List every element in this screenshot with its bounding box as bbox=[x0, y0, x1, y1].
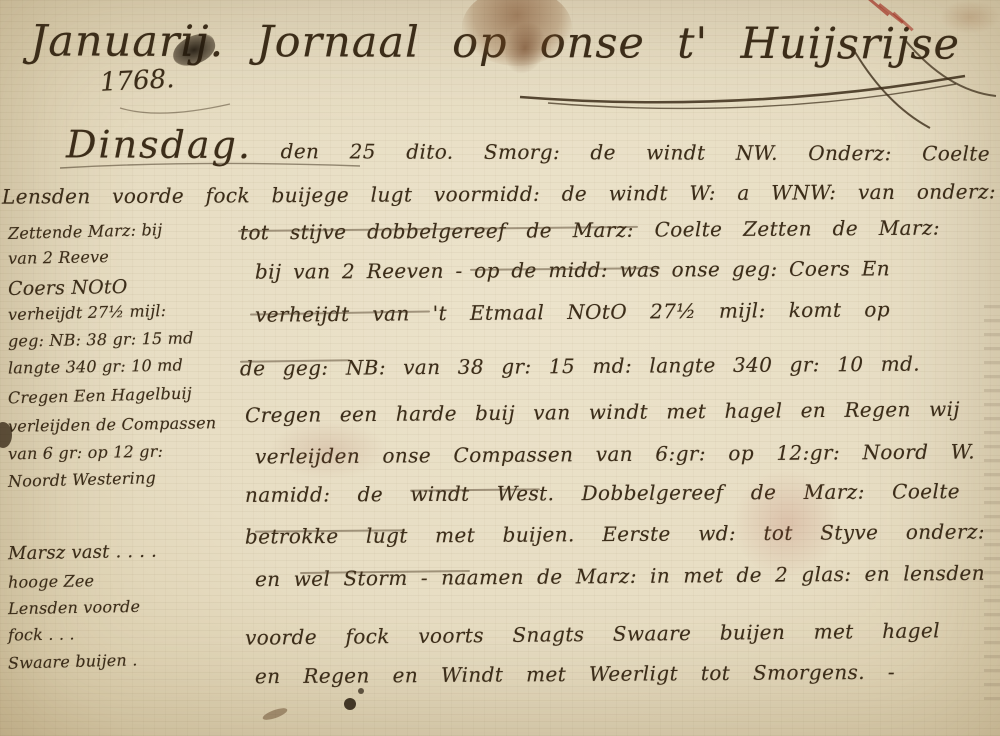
journal-line: Lensden voorde fock buijege lugt voormid… bbox=[2, 179, 996, 208]
day-line-text: den 25 dito. Smorg: de windt NW. Onderz:… bbox=[281, 139, 990, 165]
margin-note: langte 340 gr: 10 md bbox=[8, 355, 183, 377]
margin-note: van 6 gr: op 12 gr: bbox=[8, 442, 163, 464]
margin-note: Marsz vast . . . . bbox=[8, 541, 157, 565]
journal-line: de geg: NB: van 38 gr: 15 md: langte 340… bbox=[240, 352, 920, 381]
day-heading: Dinsdag. bbox=[66, 122, 252, 167]
ink-spot bbox=[358, 688, 364, 694]
margin-note: hooge Zee bbox=[8, 571, 95, 592]
journal-line: Cregen een harde buij van windt met hage… bbox=[245, 397, 960, 427]
margin-note: Cregen Een Hagelbuij bbox=[8, 384, 192, 408]
journal-line: en Regen en Windt met Weerligt tot Smorg… bbox=[255, 660, 895, 688]
margin-note: fock . . . bbox=[8, 624, 75, 644]
margin-note: Swaare buijen . bbox=[8, 650, 138, 672]
red-mark bbox=[865, 0, 890, 16]
margin-note: van 2 Reeve bbox=[8, 247, 109, 268]
year-label: 1768. bbox=[99, 64, 175, 98]
manuscript-page: Januarij. Jornaal op onse t' Huijsrijse … bbox=[0, 0, 1000, 736]
journal-line: voorde fock voorts Snagts Swaare buijen … bbox=[245, 618, 940, 649]
journal-line: bij van 2 Reeven - op de midd: was onse … bbox=[255, 256, 890, 283]
journal-line: en wel Storm - naamen de Marz: in met de… bbox=[255, 561, 985, 591]
margin-note: geg: NB: 38 gr: 15 md bbox=[8, 328, 194, 350]
smudge-bottom bbox=[261, 706, 288, 722]
margin-note: verheijdt 27½ mijl: bbox=[8, 301, 167, 324]
page-title: Januarij. Jornaal op onse t' Huijsrijse bbox=[30, 16, 960, 69]
margin-note: Coers NOtO bbox=[8, 276, 128, 300]
journal-line: betrokke lugt met buijen. Eerste wd: tot… bbox=[245, 519, 985, 548]
journal-line: verleijden onse Compassen van 6:gr: op 1… bbox=[255, 439, 975, 468]
margin-note: Noordt Westering bbox=[8, 468, 156, 491]
journal-line: Dinsdag. den 25 dito. Smorg: de windt NW… bbox=[66, 122, 990, 169]
showthrough-right-edge bbox=[984, 300, 1000, 700]
margin-note: Lensden voorde bbox=[8, 597, 140, 618]
journal-line: namidd: de windt West. Dobbelgereef de M… bbox=[245, 479, 960, 507]
ink-spot bbox=[344, 698, 356, 710]
margin-note: verleijden de Compassen bbox=[8, 413, 217, 436]
margin-note: Zettende Marz: bij bbox=[8, 220, 163, 243]
